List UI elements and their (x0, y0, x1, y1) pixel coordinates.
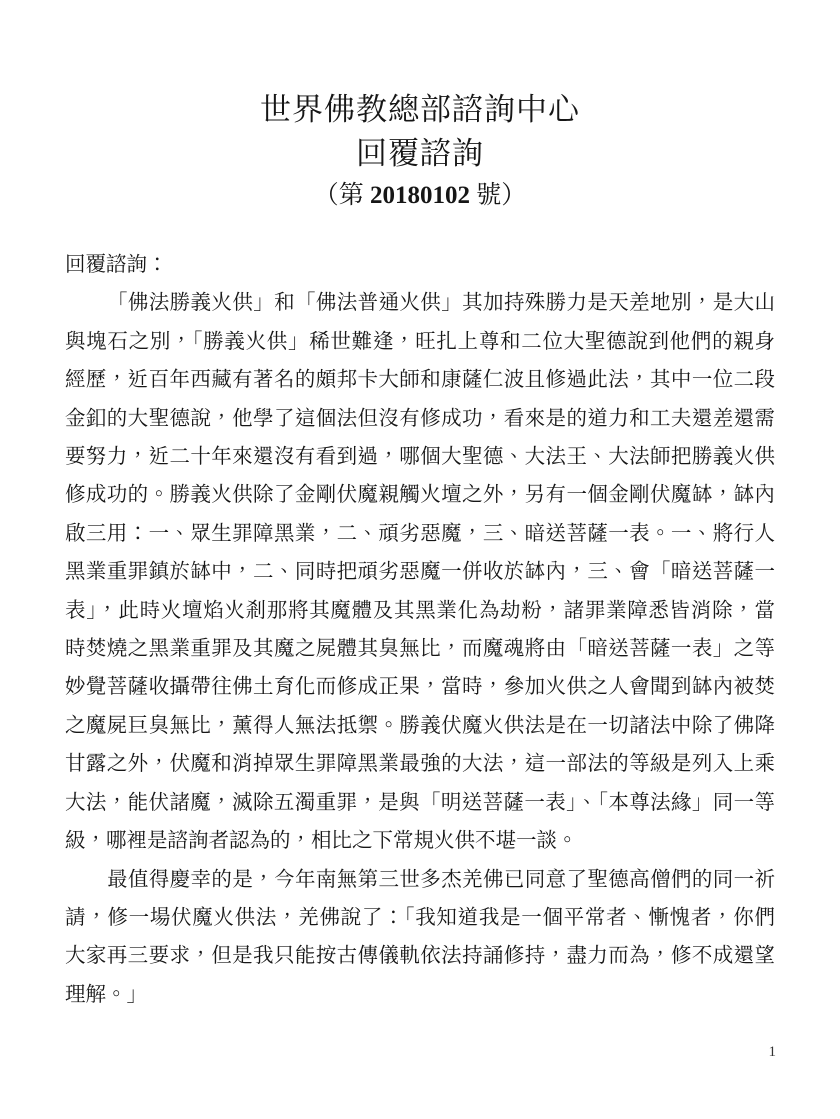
body-line: 級，哪裡是諮詢者認為的，相比之下常規火供不堪一談。 (65, 822, 775, 860)
salutation-line: 回覆諮詢： (65, 246, 775, 284)
body-line: 之魔屍巨臭無比，薰得人無法抵禦。勝義伏魔火供法是在一切諸法中除了佛降 (65, 707, 775, 745)
document-number: 20180102 (370, 182, 470, 209)
document-header: 世界佛教總部諮詢中心 回覆諮詢 （第 20180102 號） (65, 88, 775, 216)
document-number-prefix: （第 (314, 182, 370, 209)
document-title-line-2: 回覆諮詢 (65, 132, 775, 176)
document-number-suffix: 號） (470, 182, 526, 209)
body-line: 甘露之外，伏魔和消掉眾生罪障黑業最強的大法，這一部法的等級是列入上乘 (65, 745, 775, 783)
body-line: 理解。」 (65, 976, 775, 1014)
body-line: 時焚燒之黑業重罪及其魔之屍體其臭無比，而魔魂將由「暗送菩薩一表」之等 (65, 630, 775, 668)
body-line: 表」，此時火壇焰火剎那將其魔體及其黑業化為劫粉，諸罪業障悉皆消除，當 (65, 592, 775, 630)
body-line: 修成功的。勝義火供除了金剛伏魔親觸火壇之外，另有一個金剛伏魔缽，缽內 (65, 476, 775, 514)
body-line: 最值得慶幸的是，今年南無第三世多杰羌佛已同意了聖德高僧們的同一祈 (65, 861, 775, 899)
body-line: 大家再三要求，但是我只能按古傳儀軌依法持誦修持，盡力而為，修不成還望 (65, 937, 775, 975)
body-line: 妙覺菩薩收攝帶往佛土育化而修成正果，當時，參加火供之人會聞到缽內被焚 (65, 668, 775, 706)
body-line: 啟三用：一、眾生罪障黑業，二、頑劣惡魔，三、暗送菩薩一表。一、將行人 (65, 515, 775, 553)
paragraphs-container: 「佛法勝義火供」和「佛法普通火供」其加持殊勝力是天差地別，是大山與塊石之別，「勝… (65, 284, 775, 1014)
body-line: 要努力，近二十年來還沒有看到過，哪個大聖德、大法王、大法師把勝義火供 (65, 438, 775, 476)
body-line: 與塊石之別，「勝義火供」稀世難逢，旺扎上尊和二位大聖德說到他們的親身 (65, 323, 775, 361)
page-number: 1 (769, 1044, 777, 1061)
paragraph-1: 「佛法勝義火供」和「佛法普通火供」其加持殊勝力是天差地別，是大山與塊石之別，「勝… (65, 284, 775, 860)
body-line: 請，修一場伏魔火供法，羌佛說了：「我知道我是一個平常者、慚愧者，你們 (65, 899, 775, 937)
document-title-line-1: 世界佛教總部諮詢中心 (65, 88, 775, 132)
paragraph-2: 最值得慶幸的是，今年南無第三世多杰羌佛已同意了聖德高僧們的同一祈請，修一場伏魔火… (65, 861, 775, 1015)
body-line: 黑業重罪鎮於缽中，二、同時把頑劣惡魔一併收於缽內，三、會「暗送菩薩一 (65, 553, 775, 591)
document-page: 世界佛教總部諮詢中心 回覆諮詢 （第 20180102 號） 回覆諮詢： 「佛法… (0, 0, 840, 1119)
body-line: 大法，能伏諸魔，滅除五濁重罪，是與「明送菩薩一表」、「本尊法緣」同一等 (65, 784, 775, 822)
document-body: 回覆諮詢： 「佛法勝義火供」和「佛法普通火供」其加持殊勝力是天差地別，是大山與塊… (65, 246, 775, 1014)
body-line: 「佛法勝義火供」和「佛法普通火供」其加持殊勝力是天差地別，是大山 (65, 284, 775, 322)
body-line: 金釦的大聖德說，他學了這個法但沒有修成功，看來是的道力和工夫還差還需 (65, 400, 775, 438)
document-number-line: （第 20180102 號） (65, 176, 775, 216)
body-line: 經歷，近百年西藏有著名的頗邦卡大師和康薩仁波且修過此法，其中一位二段 (65, 361, 775, 399)
